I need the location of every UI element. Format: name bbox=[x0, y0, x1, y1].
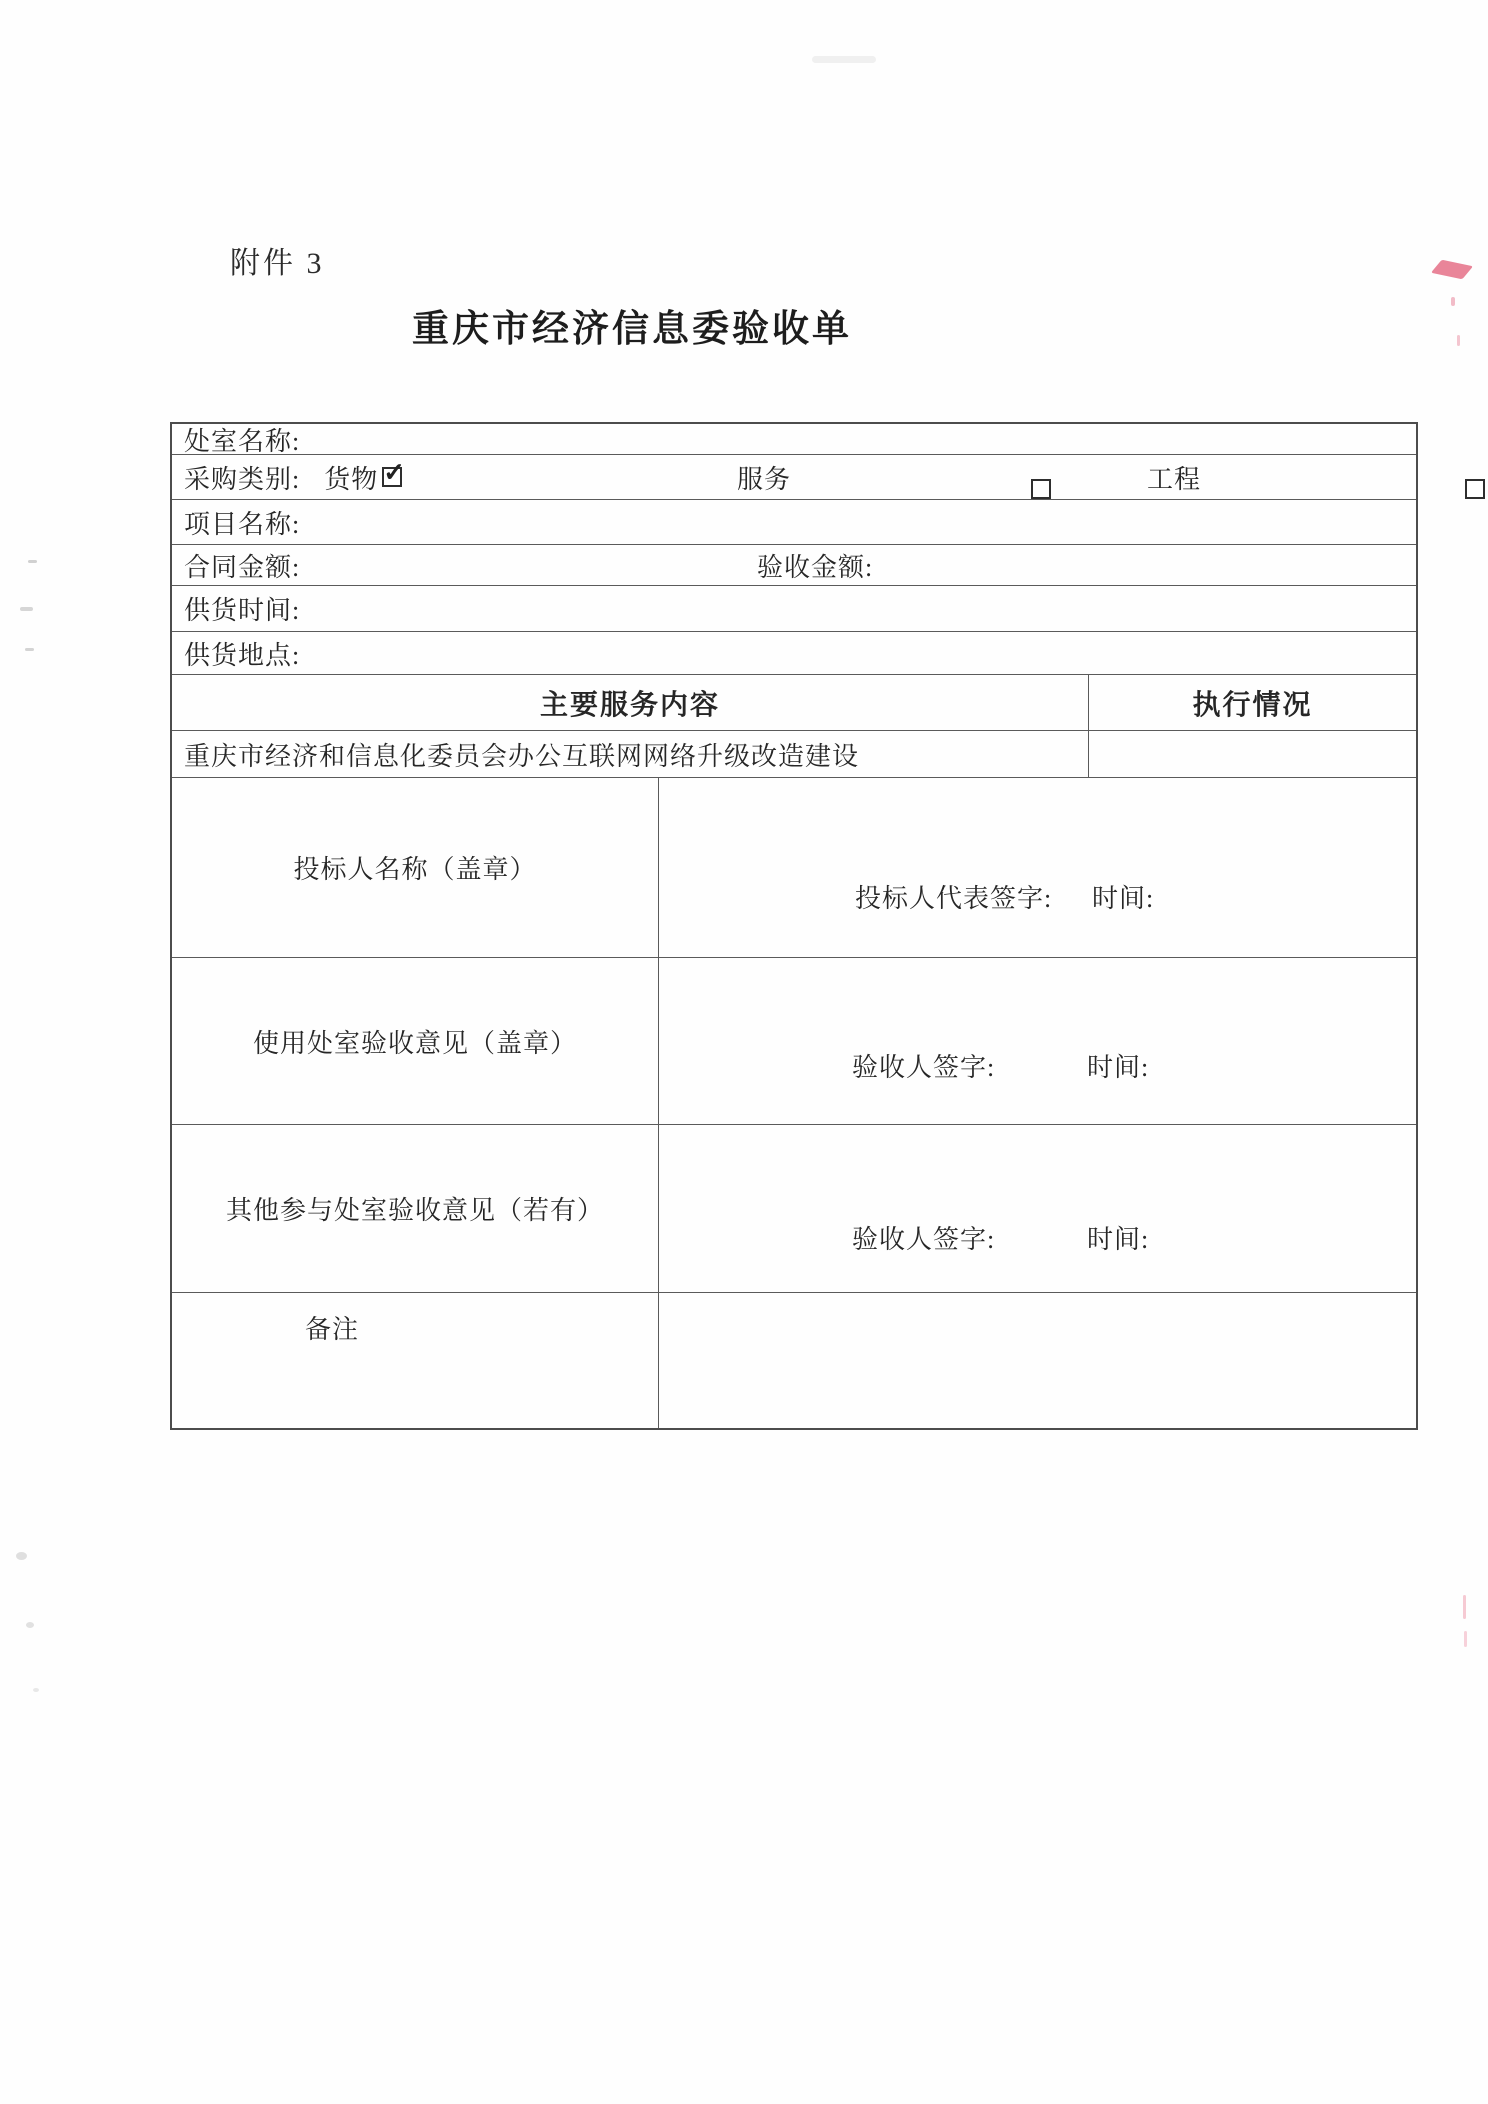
table-row-project-name: 项目名称: bbox=[172, 500, 1416, 545]
table-row-other-opinion: 其他参与处室验收意见（若有） 验收人签字: 时间: bbox=[172, 1125, 1416, 1293]
scanned-document-page: 附件 3 重庆市经济信息委验收单 处室名称: 采购类别: 货物 ✓ 服务 工程 … bbox=[0, 0, 1488, 2104]
dept-opinion-label: 使用处室验收意见（盖章） bbox=[253, 1023, 577, 1060]
gray-smudge bbox=[26, 1622, 34, 1628]
table-row-supply-time: 供货时间: bbox=[172, 586, 1416, 632]
dept-signature-cell: 验收人签字: 时间: bbox=[659, 958, 1416, 1124]
acceptance-amount-label: 验收金额: bbox=[757, 547, 873, 584]
execution-header-cell: 执行情况 bbox=[1089, 675, 1416, 730]
procurement-goods-label: 货物 bbox=[324, 459, 378, 496]
dept-opinion-cell: 使用处室验收意见（盖章） bbox=[172, 958, 659, 1124]
supply-place-label: 供货地点: bbox=[172, 635, 300, 672]
page-title: 重庆市经济信息委验收单 bbox=[412, 298, 852, 352]
gray-smudge bbox=[20, 607, 33, 611]
remark-content-cell-empty bbox=[659, 1293, 1416, 1428]
contract-amount-label: 合同金额: bbox=[172, 547, 300, 584]
check-icon: ✓ bbox=[383, 460, 406, 486]
table-row-service-content: 重庆市经济和信息化委员会办公互联网网络升级改造建设 bbox=[172, 731, 1416, 778]
service-checkbox-empty bbox=[1031, 479, 1051, 499]
other-signature-cell: 验收人签字: 时间: bbox=[659, 1125, 1416, 1292]
table-row-section-header: 主要服务内容 执行情况 bbox=[172, 675, 1416, 731]
gray-smudge bbox=[33, 1688, 39, 1692]
procurement-engineering-label: 工程 bbox=[1147, 459, 1201, 496]
service-content-cell: 重庆市经济和信息化委员会办公互联网网络升级改造建设 bbox=[172, 731, 1089, 777]
other-opinion-cell: 其他参与处室验收意见（若有） bbox=[172, 1125, 659, 1292]
office-name-label: 处室名称: bbox=[172, 421, 300, 458]
gray-smudge bbox=[812, 56, 876, 63]
pink-speck-icon bbox=[1451, 297, 1455, 306]
other-opinion-label: 其他参与处室验收意见（若有） bbox=[226, 1190, 604, 1227]
table-row-remark: 备注 bbox=[172, 1293, 1416, 1428]
project-name-label: 项目名称: bbox=[172, 504, 300, 541]
table-row-supply-place: 供货地点: bbox=[172, 632, 1416, 675]
table-row-bidder: 投标人名称（盖章） 投标人代表签字: 时间: bbox=[172, 778, 1416, 958]
bidder-signature-cell: 投标人代表签字: 时间: bbox=[659, 778, 1416, 957]
bidder-sign-label: 投标人代表签字: bbox=[855, 878, 1052, 915]
attachment-label: 附件 3 bbox=[230, 238, 325, 282]
execution-header: 执行情况 bbox=[1192, 683, 1312, 723]
pink-dash-mark bbox=[1464, 1631, 1467, 1647]
pink-speck-icon bbox=[1457, 335, 1460, 346]
supply-time-label: 供货时间: bbox=[172, 590, 300, 627]
remark-label: 备注 bbox=[305, 1309, 359, 1346]
goods-checkbox-checked: ✓ bbox=[382, 467, 402, 487]
procurement-label: 采购类别: bbox=[172, 459, 300, 496]
other-sign-label: 验收人签字: bbox=[852, 1219, 995, 1256]
acceptance-form-table: 处室名称: 采购类别: 货物 ✓ 服务 工程 项目名称: 合同金额: 验收金额:… bbox=[170, 422, 1418, 1430]
table-row-office-name: 处室名称: bbox=[172, 424, 1416, 455]
remark-cell: 备注 bbox=[172, 1293, 659, 1428]
dept-sign-label: 验收人签字: bbox=[852, 1047, 995, 1084]
gray-smudge bbox=[28, 560, 37, 563]
bidder-time-label: 时间: bbox=[1092, 878, 1154, 915]
service-content-header: 主要服务内容 bbox=[540, 683, 720, 723]
bidder-name-label: 投标人名称（盖章） bbox=[293, 849, 536, 886]
pink-dash-mark bbox=[1463, 1595, 1466, 1619]
engineering-checkbox-empty bbox=[1465, 479, 1485, 499]
table-row-procurement: 采购类别: 货物 ✓ 服务 工程 bbox=[172, 455, 1416, 500]
gray-smudge bbox=[25, 648, 34, 651]
table-row-amounts: 合同金额: 验收金额: bbox=[172, 545, 1416, 586]
service-content-text: 重庆市经济和信息化委员会办公互联网网络升级改造建设 bbox=[184, 736, 859, 773]
pink-scan-mark bbox=[1431, 260, 1473, 280]
execution-status-cell-empty bbox=[1089, 731, 1416, 777]
dept-time-label: 时间: bbox=[1087, 1047, 1149, 1084]
service-content-header-cell: 主要服务内容 bbox=[172, 675, 1089, 730]
table-row-dept-opinion: 使用处室验收意见（盖章） 验收人签字: 时间: bbox=[172, 958, 1416, 1125]
other-time-label: 时间: bbox=[1087, 1219, 1149, 1256]
procurement-service-label: 服务 bbox=[737, 459, 791, 496]
gray-smudge bbox=[16, 1552, 27, 1560]
bidder-name-cell: 投标人名称（盖章） bbox=[172, 778, 659, 957]
